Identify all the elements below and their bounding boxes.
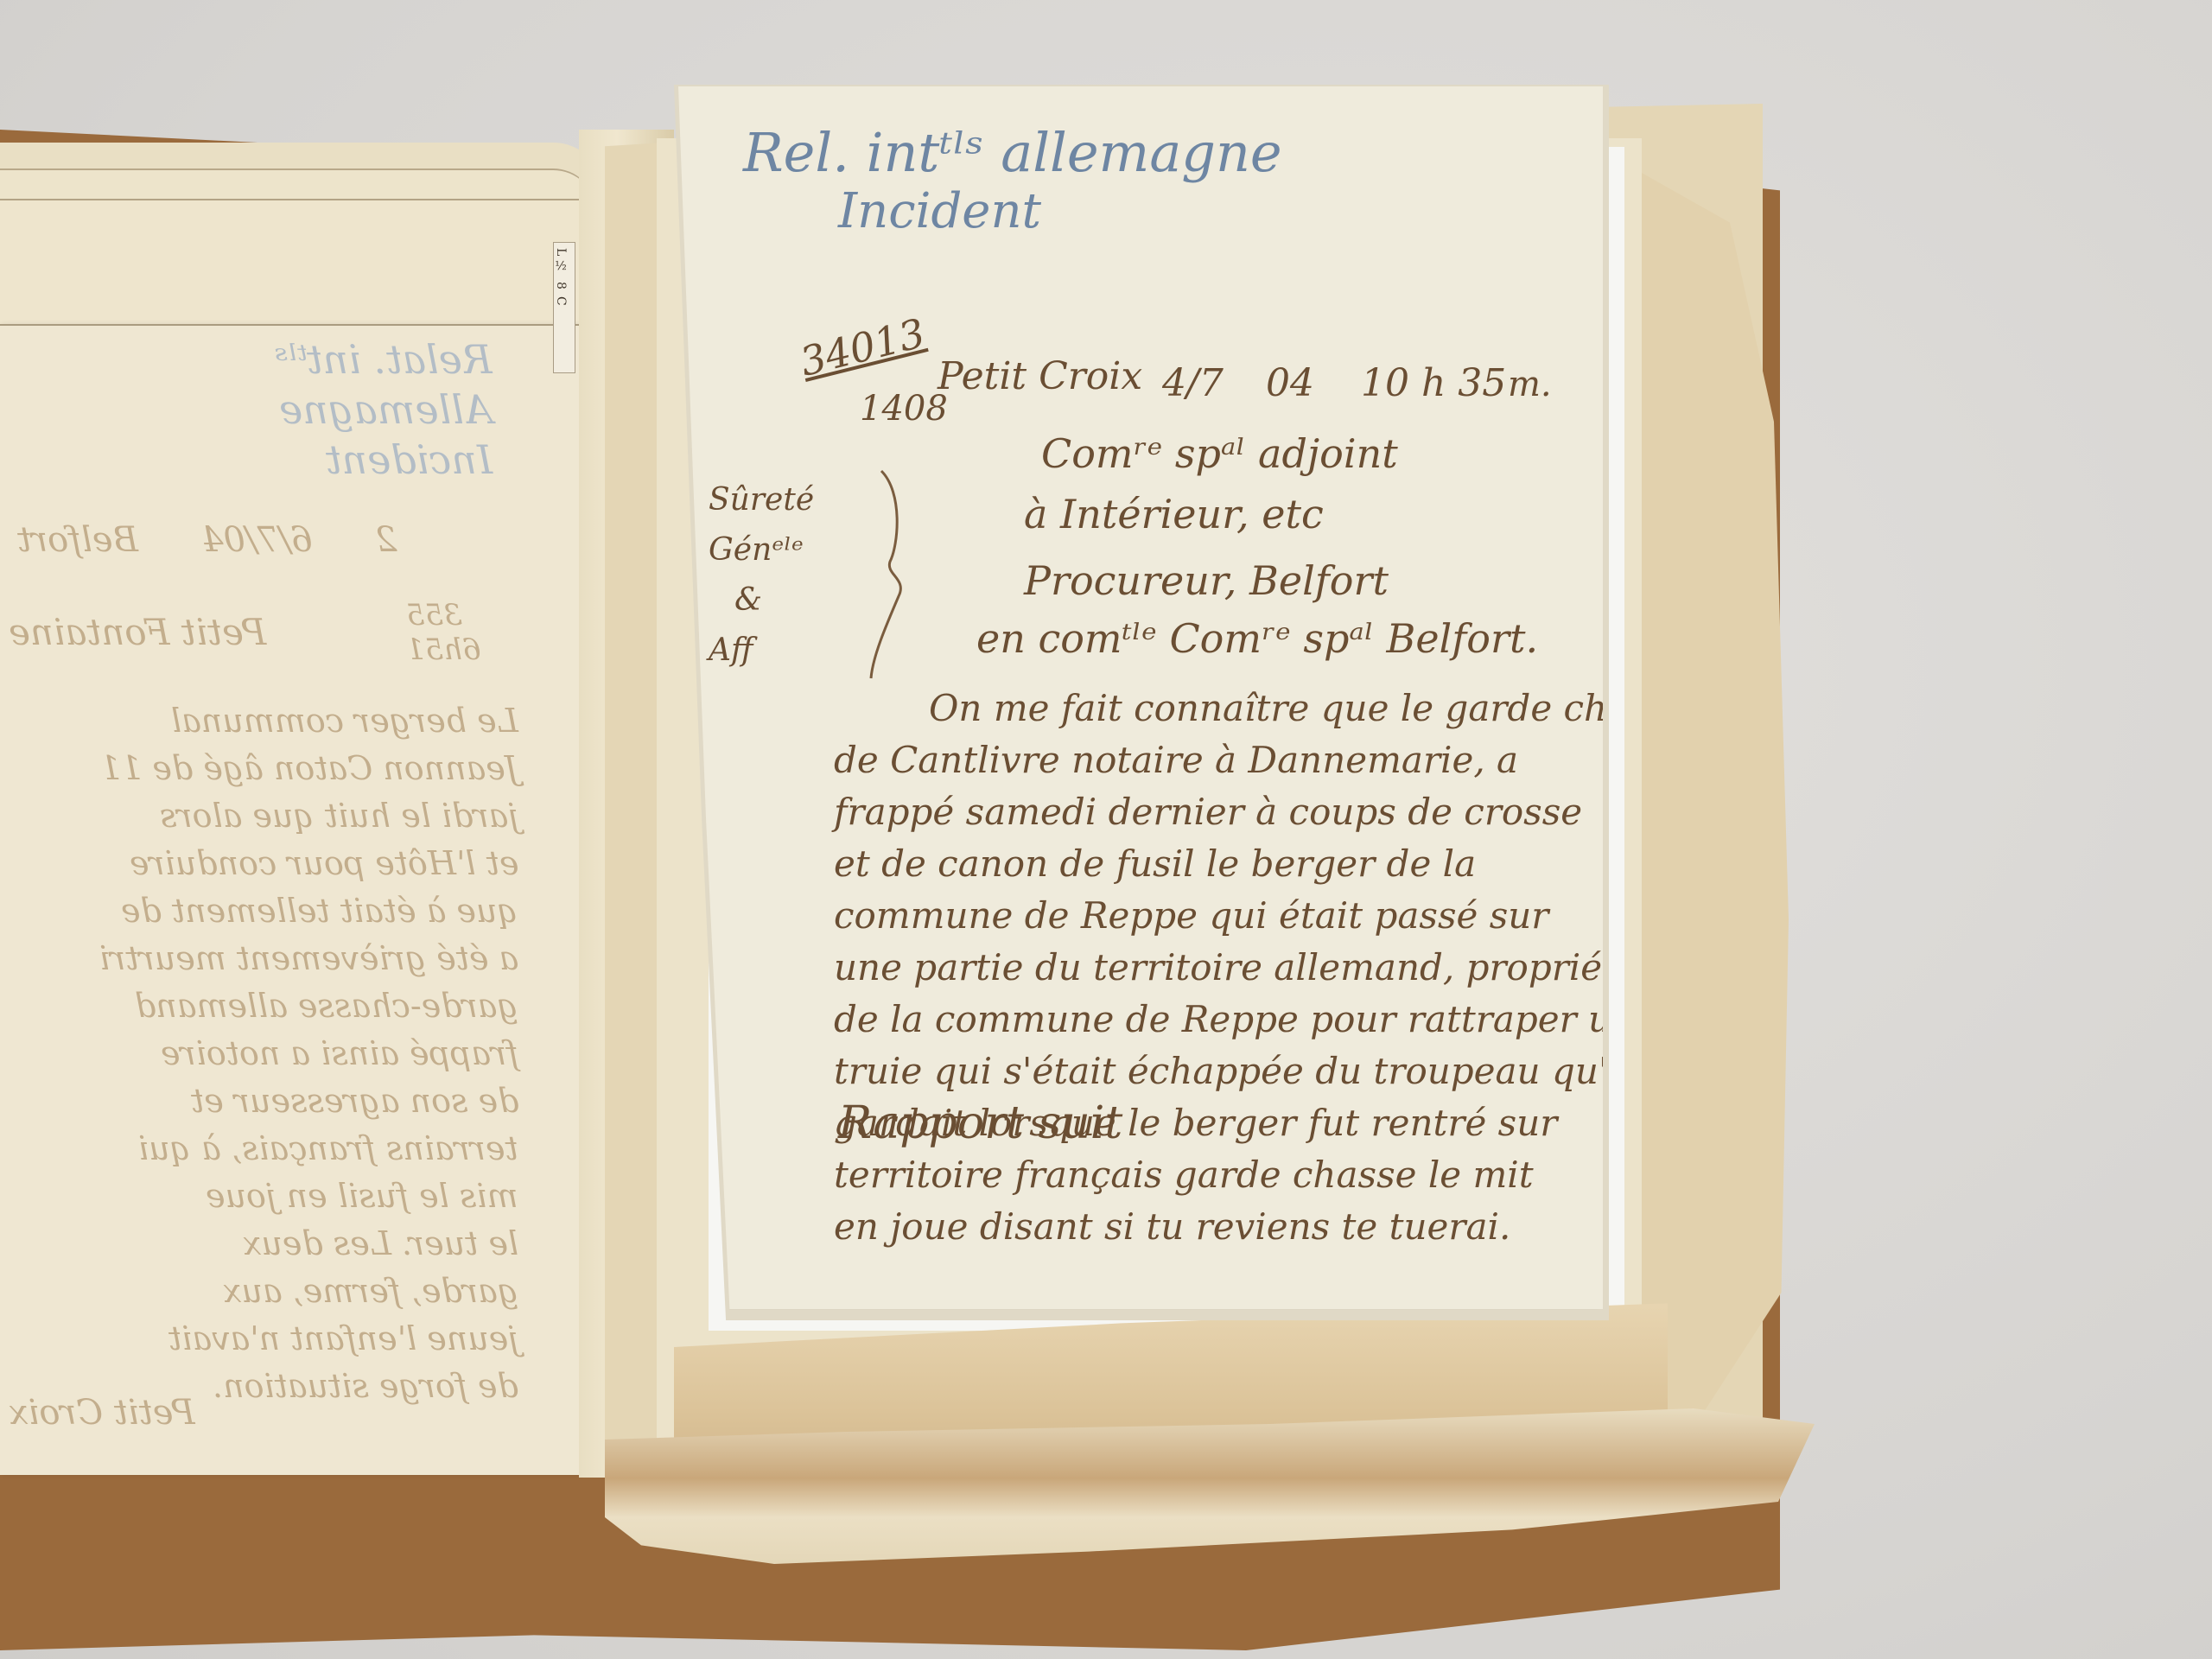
- addressee-3: Procureur, Belfort: [1024, 557, 1389, 604]
- telegram-number: 34013: [796, 309, 930, 385]
- addressee-4: en comᵗˡᵉ Comʳᵉ spᵃˡ Belfort.: [976, 615, 1538, 662]
- left-footer: Petit Croix: [9, 1393, 195, 1433]
- margin-note-line: Sûreté: [709, 475, 814, 525]
- blue-annotation-line1: Rel. intᵗˡˢ allemagne: [743, 121, 1282, 184]
- left-body-line: frappé ainsi a notoire: [161, 1030, 518, 1077]
- left-header-num: 2: [375, 520, 397, 560]
- addressee-2: à Intérieur, etc: [1024, 491, 1324, 537]
- telegram-margin-note: Sûreté Génᵉˡᵉ & Aff: [709, 475, 814, 676]
- left-ref-line: 6h51: [406, 632, 481, 667]
- telegram-time-suffix: m.: [1508, 365, 1552, 404]
- body-line: commune de Reppe qui était passé sur: [834, 890, 1688, 942]
- margin-note-line: Aff: [709, 626, 814, 676]
- left-body-line: que à était tellement de: [121, 887, 518, 935]
- body-line: en joue disant si tu reviens te tuerai.: [834, 1201, 1688, 1253]
- left-body-line: de forge situation.: [213, 1363, 518, 1410]
- left-ref-line: 355: [406, 598, 462, 632]
- blue-annotation-line2: Incident: [838, 183, 1041, 239]
- left-header: Belfort 6/7/04 2: [17, 520, 397, 560]
- body-line: et de canon de fusil le berger de la: [834, 838, 1688, 890]
- body-line: une partie du territoire allemand, propr…: [834, 942, 1688, 994]
- telegram-year: 04: [1266, 361, 1314, 405]
- body-line: de la commune de Reppe pour rattraper un…: [834, 994, 1688, 1046]
- left-header-date: 6/7/04: [201, 520, 313, 560]
- telegram-origin: Petit Croix: [938, 354, 1142, 398]
- telegram-time: 10 h 35: [1361, 361, 1506, 405]
- spine-mark: C: [554, 296, 568, 306]
- left-footer-text: Petit Croix: [9, 1393, 195, 1433]
- left-ref: 355 6h51: [406, 598, 481, 667]
- body-line: frappé samedi dernier à coups de crosse: [834, 786, 1688, 838]
- left-body: Le berger communal Jeannon Caton âgé de …: [0, 697, 518, 1410]
- telegram-sheet: Rel. intᵗˡˢ allemagne Incident 34013 140…: [678, 86, 1603, 1309]
- spine-tab: L ½ 8 C: [553, 242, 575, 373]
- spine-mark: 8: [554, 282, 568, 289]
- left-sender: Petit Fontaine: [9, 611, 266, 653]
- spine-mark: ½: [554, 259, 568, 273]
- margin-note-line: &: [709, 575, 814, 626]
- left-body-line: de son agresseur et: [191, 1077, 518, 1125]
- left-body-line: garde, ferme, aux: [223, 1268, 518, 1315]
- spine-mark: L: [554, 248, 568, 256]
- telegram-sub-number: 1408: [860, 389, 948, 429]
- body-line: truie qui s'était échappée du troupeau q…: [834, 1046, 1688, 1097]
- body-line: de Cantlivre notaire à Dannemarie, a: [834, 734, 1688, 786]
- left-body-line: a été grièvement meurtri: [99, 935, 518, 982]
- left-blue-line: Allemagne: [279, 385, 493, 435]
- body-line: territoire français garde chasse le mit: [834, 1149, 1688, 1201]
- left-body-line: garde-chasse allemand: [135, 982, 518, 1030]
- left-page-document: Relat. intᵗˡˢ Allemagne Incident Belfort…: [0, 324, 581, 1475]
- left-body-line: Jeannon Caton âgé de 11: [100, 745, 518, 792]
- left-body-line: jardi le huit que alors: [160, 792, 518, 840]
- left-body-line: terrains français, à qui: [138, 1125, 518, 1173]
- telegram-date: 4/7: [1162, 361, 1224, 405]
- addressee-1: Comʳᵉ spᵃˡ adjoint: [1041, 430, 1398, 477]
- left-blue-line: Incident: [326, 435, 493, 485]
- left-body-line: et l'Hôte pour conduire: [130, 840, 518, 887]
- left-body-line: mis le fusil en joue: [206, 1173, 518, 1220]
- left-body-line: Le berger communal: [171, 697, 518, 745]
- left-header-place: Belfort: [17, 520, 138, 560]
- telegram-closing: Rapport suit: [838, 1097, 1122, 1149]
- margin-note-line: Génᵉˡᵉ: [709, 525, 814, 575]
- left-body-line: le tuer. Les deux: [243, 1220, 518, 1268]
- left-sender-text: Petit Fontaine: [9, 611, 266, 653]
- body-line: On me fait connaître que le garde chasse: [834, 683, 1688, 734]
- brace-icon: [864, 467, 916, 683]
- left-blue-line: Relat. intᵗˡˢ: [274, 334, 493, 385]
- telegram-body: On me fait connaître que le garde chasse…: [834, 683, 1688, 1253]
- left-blue-bleed-through: Relat. intᵗˡˢ Allemagne Incident: [199, 334, 493, 485]
- left-body-line: jeune l'enfant n'avait: [168, 1315, 518, 1363]
